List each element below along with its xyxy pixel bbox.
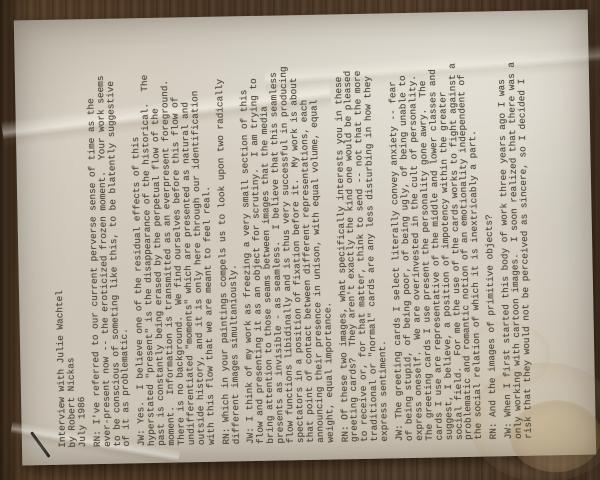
typed-paragraph: RN: Which in your paintings compels us t… xyxy=(214,32,242,444)
typed-paragraph: Interview with Julie Wachtel by Robert N… xyxy=(50,35,88,447)
typed-paragraph: JW: I think of my work as freezing a ver… xyxy=(238,31,335,445)
typed-paragraph: RN: Of these two images, what specifical… xyxy=(333,29,390,442)
photo-of-document: Interview with Julie Wachtel by Robert N… xyxy=(0,0,600,480)
paper-document: Interview with Julie Wachtel by Robert N… xyxy=(14,10,596,466)
typed-paragraph: JW: Yes. I believe one of the residual e… xyxy=(129,33,216,446)
typewritten-text: Interview with Julie Wachtel by Robert N… xyxy=(44,26,564,456)
typed-paragraph: JW: When I first started this body of wo… xyxy=(496,27,534,439)
staple xyxy=(30,431,51,458)
typed-paragraph: JW: The greeting cards I select literall… xyxy=(387,28,484,442)
typed-paragraph: RN: I've referred to our current pervers… xyxy=(85,34,133,447)
